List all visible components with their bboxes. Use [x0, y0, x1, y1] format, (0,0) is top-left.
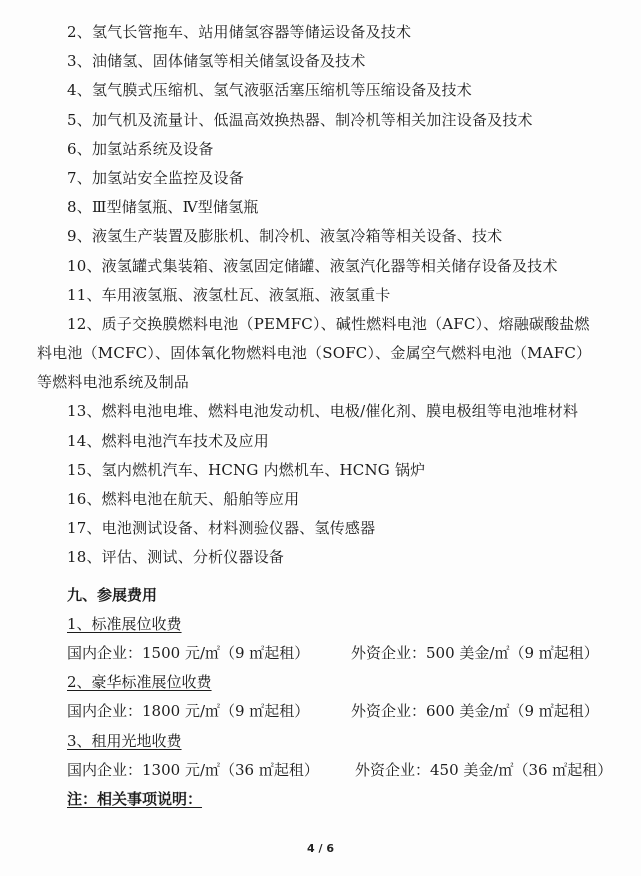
list-item: 9、液氢生产装置及膨胀机、制冷机、液氢冷箱等相关设备、技术 [37, 222, 597, 251]
fee-row: 国内企业：1800 元/㎡（9 ㎡起租） 外资企业：600 美金/㎡（9 ㎡起租… [37, 697, 597, 726]
domestic-fee: 国内企业：1300 元/㎡（36 ㎡起租） [67, 761, 319, 779]
list-item: 4、氢气膜式压缩机、氢气液驱活塞压缩机等压缩设备及技术 [37, 76, 597, 105]
fee-subheading: 1、标准展位收费 [37, 610, 597, 639]
document-page: 2、氢气长管拖车、站用储氢容器等储运设备及技术 3、油储氢、固体储氢等相关储氢设… [0, 0, 641, 876]
foreign-fee: 外资企业：450 美金/㎡（36 ㎡起租） [355, 756, 612, 785]
section-heading-fees: 九、参展费用 [37, 581, 597, 610]
fee-row: 国内企业：1500 元/㎡（9 ㎡起租） 外资企业：500 美金/㎡（9 ㎡起租… [37, 639, 597, 668]
list-item: 13、燃料电池电堆、燃料电池发动机、电极/催化剂、膜电极组等电池堆材料 [37, 397, 597, 426]
list-item-fuel-cell-types: 12、质子交换膜燃料电池（PEMFC）、碱性燃料电池（AFC）、熔融碳酸盐燃料电… [37, 310, 593, 398]
fee-subheading-label: 2、豪华标准展位收费 [67, 673, 212, 691]
list-item: 14、燃料电池汽车技术及应用 [37, 427, 597, 456]
list-item: 10、液氢罐式集装箱、液氢固定储罐、液氢汽化器等相关储存设备及技术 [37, 252, 597, 281]
list-item: 3、油储氢、固体储氢等相关储氢设备及技术 [37, 47, 597, 76]
list-item: 17、电池测试设备、材料测验仪器、氢传感器 [37, 514, 597, 543]
list-item: 18、评估、测试、分析仪器设备 [37, 543, 597, 572]
list-item: 7、加氢站安全监控及设备 [37, 164, 597, 193]
fee-row: 国内企业：1300 元/㎡（36 ㎡起租） 外资企业：450 美金/㎡（36 ㎡… [37, 756, 597, 785]
list-item: 5、加气机及流量计、低温高效换热器、制冷机等相关加注设备及技术 [37, 106, 597, 135]
foreign-fee: 外资企业：500 美金/㎡（9 ㎡起租） [351, 639, 599, 668]
list-item: 2、氢气长管拖车、站用储氢容器等储运设备及技术 [37, 18, 597, 47]
domestic-fee: 国内企业：1800 元/㎡（9 ㎡起租） [67, 702, 309, 720]
fee-subheading-label: 1、标准展位收费 [67, 615, 182, 633]
list-item: 6、加氢站系统及设备 [37, 135, 597, 164]
list-item: 15、氢内燃机汽车、HCNG 内燃机车、HCNG 锅炉 [37, 456, 597, 485]
list-item: 16、燃料电池在航天、船舶等应用 [37, 485, 597, 514]
page-number: 4 / 6 [0, 842, 641, 855]
page-content: 2、氢气长管拖车、站用储氢容器等储运设备及技术 3、油储氢、固体储氢等相关储氢设… [37, 18, 597, 814]
note-heading: 注：相关事项说明： [37, 785, 597, 814]
list-item: 11、车用液氢瓶、液氢杜瓦、液氢瓶、液氢重卡 [37, 281, 597, 310]
foreign-fee: 外资企业：600 美金/㎡（9 ㎡起租） [351, 697, 599, 726]
fee-subheading: 3、租用光地收费 [37, 727, 597, 756]
list-item: 8、Ⅲ型储氢瓶、Ⅳ型储氢瓶 [37, 193, 597, 222]
fee-subheading-label: 3、租用光地收费 [67, 732, 182, 750]
domestic-fee: 国内企业：1500 元/㎡（9 ㎡起租） [67, 644, 309, 662]
fee-subheading: 2、豪华标准展位收费 [37, 668, 597, 697]
note-label: 注：相关事项说明： [67, 790, 202, 808]
